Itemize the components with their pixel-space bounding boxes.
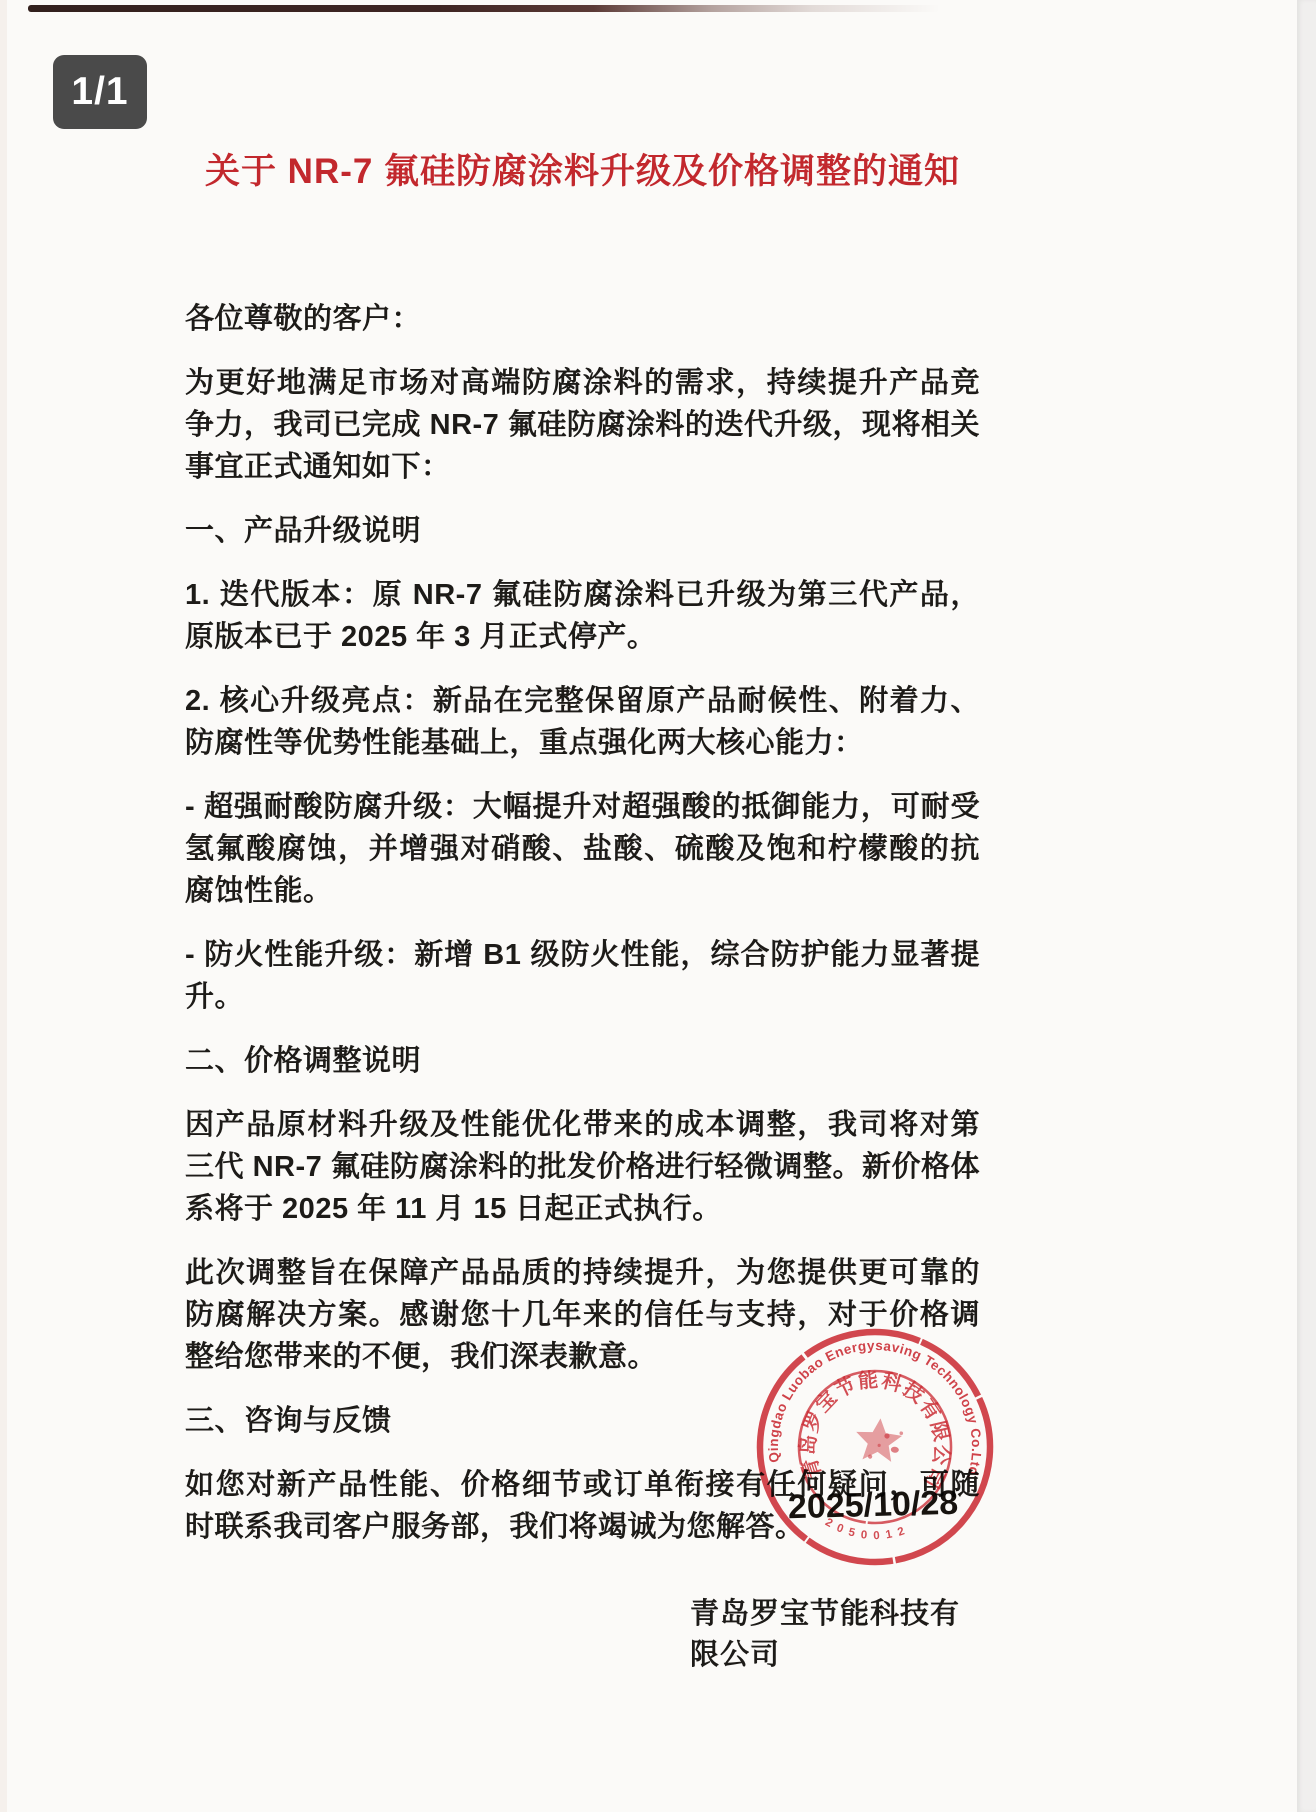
page-indicator-label: 1/1 xyxy=(71,70,128,114)
signature-company-name: 青岛罗宝节能科技有限公司 xyxy=(690,1591,980,1673)
seal-center-star-smudge xyxy=(854,1416,904,1462)
scanned-notice-page: 1/1 关于 NR-7 氟硅防腐涂料升级及价格调整的通知 各位尊敬的客户： 为更… xyxy=(0,0,1316,1812)
scan-left-edge-artifact xyxy=(0,0,7,1812)
seal-date: 2025/10/28 xyxy=(788,1484,959,1527)
seal-english-text: Qingdao Luobao Energysaving Technology C… xyxy=(764,1329,993,1483)
section-1-bullet-fire: - 防火性能升级：新增 B1 级防火性能，综合防护能力显著提升。 xyxy=(185,934,980,1018)
salutation: 各位尊敬的客户： xyxy=(185,298,980,340)
section-1-item-1: 1. 迭代版本：原 NR-7 氟硅防腐涂料已升级为第三代产品，原版本已于 202… xyxy=(185,574,980,658)
section-2-paragraph-1: 因产品原材料升级及性能优化带来的成本调整，我司将对第三代 NR-7 氟硅防腐涂料… xyxy=(185,1104,980,1230)
section-1-heading: 一、产品升级说明 xyxy=(185,510,980,552)
section-1-bullet-acid: - 超强耐酸防腐升级：大幅提升对超强酸的抵御能力，可耐受氢氟酸腐蚀，并增强对硝酸… xyxy=(185,786,980,912)
scan-right-edge-artifact xyxy=(1297,0,1316,1812)
svg-text:Qingdao Luobao Energysaving Te: Qingdao Luobao Energysaving Technology C… xyxy=(764,1329,993,1483)
section-2-heading: 二、价格调整说明 xyxy=(185,1040,980,1082)
section-1-item-2: 2. 核心升级亮点：新品在完整保留原产品耐候性、附着力、防腐性等优势性能基础上，… xyxy=(185,680,980,764)
company-seal: Qingdao Luobao Energysaving Technology C… xyxy=(734,1306,1016,1588)
page-indicator-badge: 1/1 xyxy=(53,55,147,129)
intro-paragraph: 为更好地满足市场对高端防腐涂料的需求，持续提升产品竞争力，我司已完成 NR-7 … xyxy=(185,362,980,488)
document-title: 关于 NR-7 氟硅防腐涂料升级及价格调整的通知 xyxy=(185,148,980,196)
